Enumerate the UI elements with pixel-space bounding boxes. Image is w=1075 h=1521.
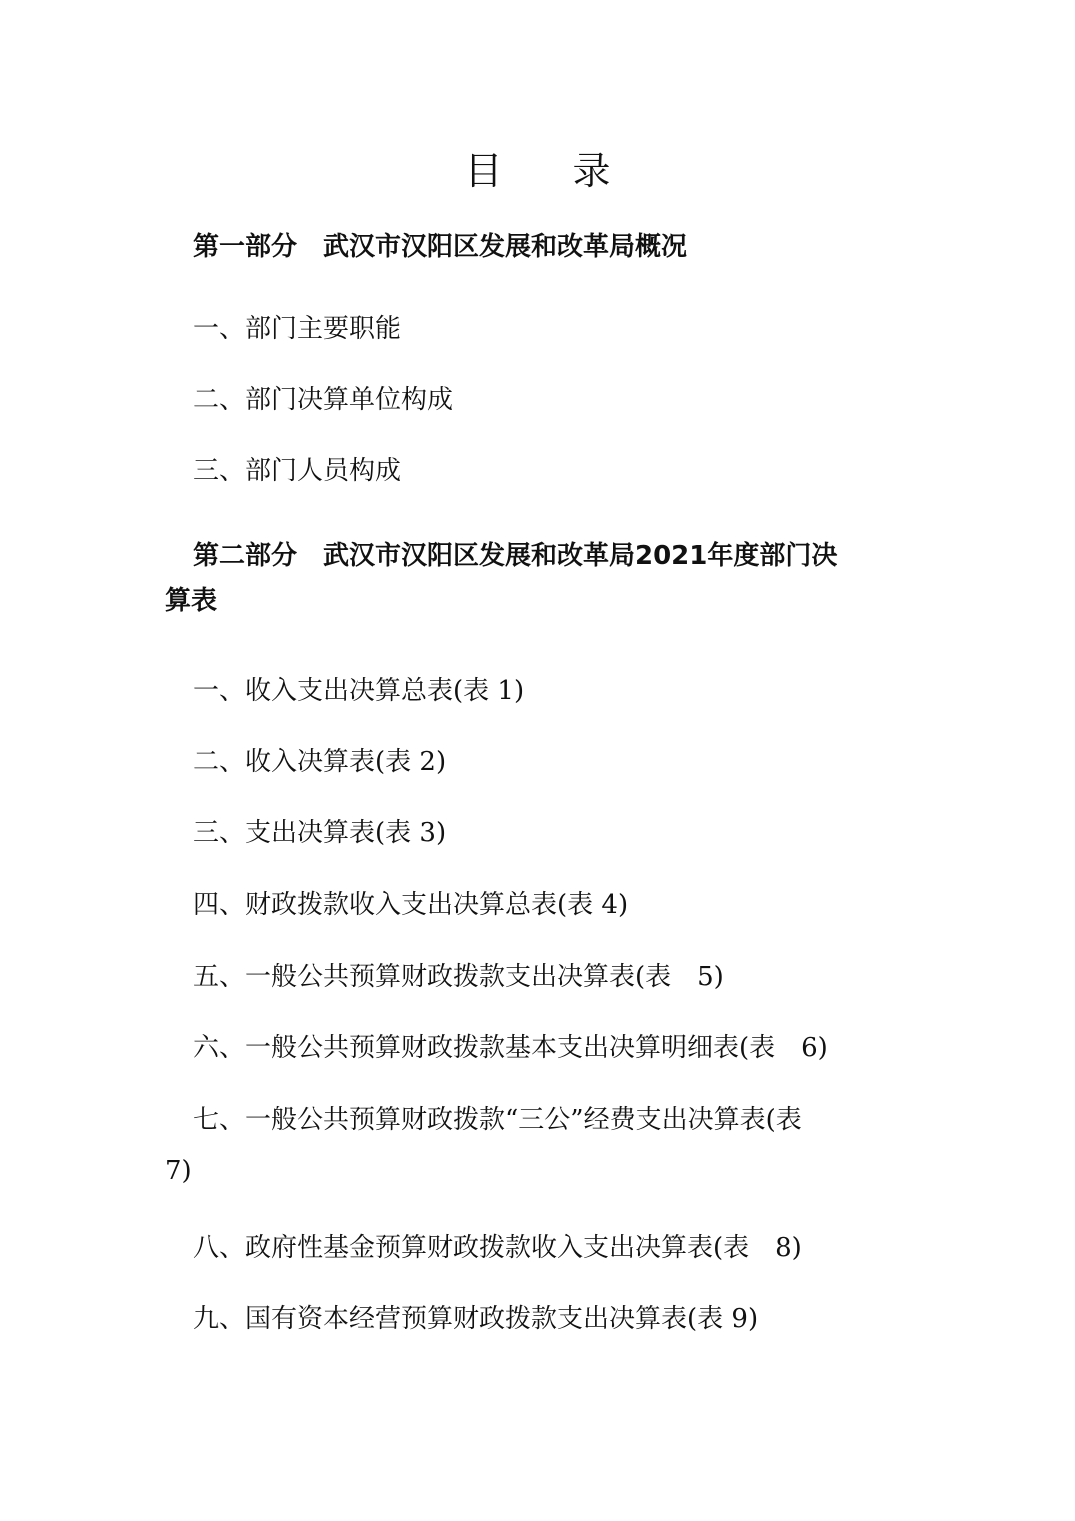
- toc-item: 五、一般公共预算财政拨款支出决算表(表 5): [193, 956, 724, 993]
- toc-item: 二、部门决算单位构成: [193, 379, 453, 416]
- page-title: 目录: [0, 140, 1075, 195]
- toc-item: 六、一般公共预算财政拨款基本支出决算明细表(表 6): [193, 1027, 828, 1064]
- toc-item: 三、支出决算表(表 3): [193, 812, 446, 849]
- toc-item: 三、部门人员构成: [193, 450, 401, 487]
- toc-item: 一、收入支出决算总表(表 1): [193, 670, 524, 707]
- part2-heading-cont: 算表: [165, 580, 217, 617]
- toc-item: 九、国有资本经营预算财政拨款支出决算表(表 9): [193, 1298, 758, 1335]
- part2-heading: 第二部分 武汉市汉阳区发展和改革局2021年度部门决: [193, 535, 837, 572]
- toc-item: 八、政府性基金预算财政拨款收入支出决算表(表 8): [193, 1227, 802, 1264]
- toc-item-cont: 7): [165, 1156, 192, 1186]
- toc-item: 一、部门主要职能: [193, 308, 401, 345]
- toc-item: 四、财政拨款收入支出决算总表(表 4): [193, 884, 628, 921]
- toc-item: 二、收入决算表(表 2): [193, 741, 446, 778]
- toc-item: 七、一般公共预算财政拨款“三公”经费支出决算表(表: [193, 1099, 802, 1136]
- part1-heading: 第一部分 武汉市汉阳区发展和改革局概况: [193, 226, 687, 263]
